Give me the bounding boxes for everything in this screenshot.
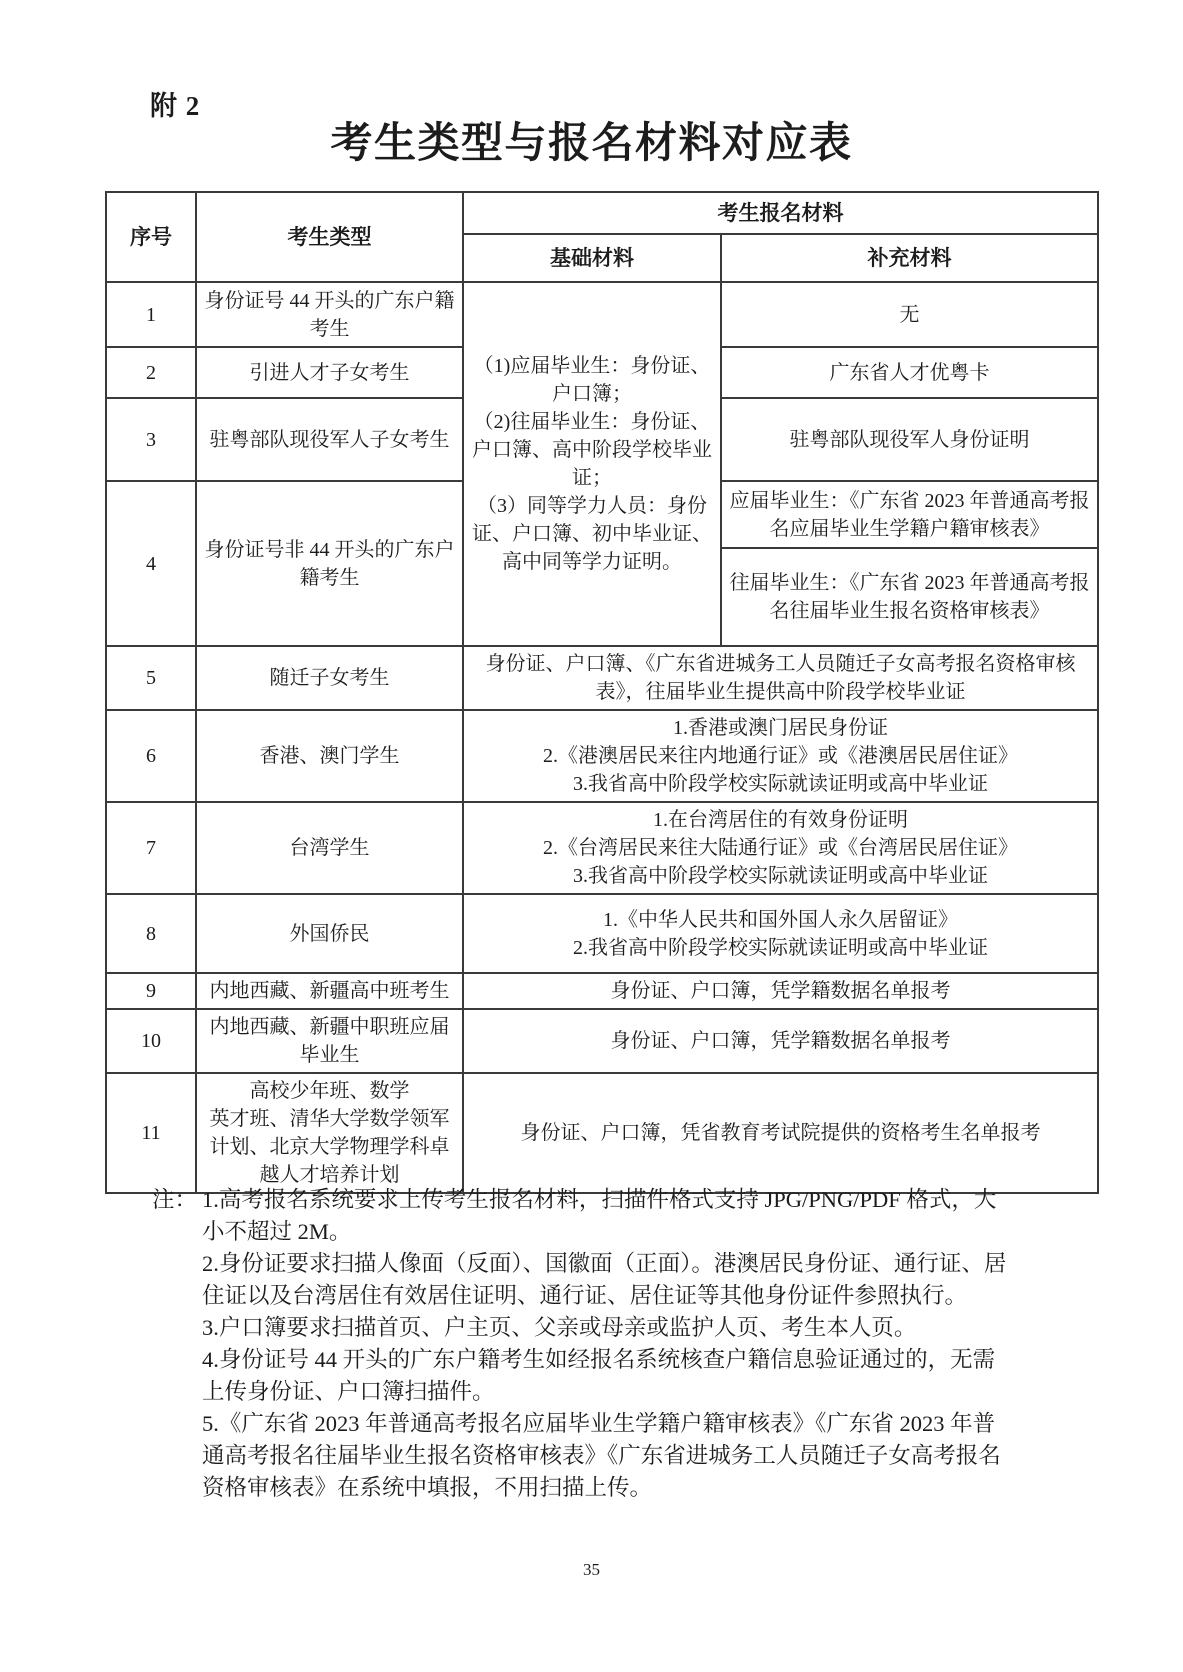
row-seq: 3 [106,398,196,481]
table-row: 5 随迁子女考生 身份证、户口簿、《广东省进城务工人员随迁子女高考报名资格审核表… [106,646,1098,710]
row-supplement: 驻粤部队现役军人身份证明 [721,398,1098,481]
note-item: 1.高考报名系统要求上传考生报名材料，扫描件格式支持 JPG/PNG/PDF 格… [202,1184,1010,1248]
table-row: 1 身份证号 44 开头的广东户籍考生 （1)应届毕业生：身份证、户口簿； （2… [106,282,1098,347]
row-candidate-type: 香港、澳门学生 [196,710,463,802]
header-seq: 序号 [106,192,196,282]
table-row: 7 台湾学生 1.在台湾居住的有效身份证明 2.《台湾居民来往大陆通行证》或《台… [106,802,1098,894]
row-candidate-type: 随迁子女考生 [196,646,463,710]
row-seq: 4 [106,481,196,646]
row-materials: 身份证、户口簿，凭学籍数据名单报考 [463,1009,1098,1073]
row-materials: 1.香港或澳门居民身份证 2.《港澳居民来往内地通行证》或《港澳居民居住证》 3… [463,710,1098,802]
document-page: 附 2 考生类型与报名材料对应表 序号 考生类型 考生报名材料 基础材料 补充材… [0,0,1183,1672]
row-seq: 6 [106,710,196,802]
row-materials: 1.《中华人民共和国外国人永久居留证》 2.我省高中阶段学校实际就读证明或高中毕… [463,894,1098,973]
row-seq: 8 [106,894,196,973]
row-candidate-type: 内地西藏、新疆高中班考生 [196,973,463,1009]
basic-materials-merged-cell: （1)应届毕业生：身份证、户口簿； （2)往届毕业生：身份证、户口簿、高中阶段学… [463,282,721,646]
row-seq: 11 [106,1073,196,1193]
header-supplement-materials: 补充材料 [721,234,1098,282]
table-row: 9 内地西藏、新疆高中班考生 身份证、户口簿，凭学籍数据名单报考 [106,973,1098,1009]
table-row: 11 高校少年班、数学 英才班、清华大学数学领军 计划、北京大学物理学科卓 越人… [106,1073,1098,1193]
note-item: 3.户口簿要求扫描首页、户主页、父亲或母亲或监护人页、考生本人页。 [202,1312,1010,1344]
header-candidate-type: 考生类型 [196,192,463,282]
candidate-materials-table: 序号 考生类型 考生报名材料 基础材料 补充材料 1 身份证号 44 开头的广东… [105,191,1099,1194]
page-title: 考生类型与报名材料对应表 [0,110,1183,170]
row-candidate-type: 身份证号 44 开头的广东户籍考生 [196,282,463,347]
row-seq: 5 [106,646,196,710]
row-materials: 身份证、户口簿，凭学籍数据名单报考 [463,973,1098,1009]
notes-section: 注： 1.高考报名系统要求上传考生报名材料，扫描件格式支持 JPG/PNG/PD… [152,1184,1068,1504]
notes-list: 1.高考报名系统要求上传考生报名材料，扫描件格式支持 JPG/PNG/PDF 格… [202,1184,1010,1504]
row-supplement: 无 [721,282,1098,347]
row-candidate-type: 台湾学生 [196,802,463,894]
row-supplement-current-grad: 应届毕业生：《广东省 2023 年普通高考报名应届毕业生学籍户籍审核表》 [721,481,1098,548]
row-candidate-type: 身份证号非 44 开头的广东户籍考生 [196,481,463,646]
row-supplement-former-grad: 往届毕业生：《广东省 2023 年普通高考报名往届毕业生报名资格审核表》 [721,548,1098,646]
table-row: 10 内地西藏、新疆中职班应届 毕业生 身份证、户口簿，凭学籍数据名单报考 [106,1009,1098,1073]
row-seq: 9 [106,973,196,1009]
page-number: 35 [0,1560,1183,1580]
header-basic-materials: 基础材料 [463,234,721,282]
row-supplement: 广东省人才优粤卡 [721,347,1098,398]
row-candidate-type: 外国侨民 [196,894,463,973]
row-seq: 2 [106,347,196,398]
note-item: 2.身份证要求扫描人像面（反面）、国徽面（正面）。港澳居民身份证、通行证、居住证… [202,1248,1010,1312]
row-candidate-type: 内地西藏、新疆中职班应届 毕业生 [196,1009,463,1073]
row-candidate-type: 引进人才子女考生 [196,347,463,398]
row-materials: 身份证、户口簿，凭省教育考试院提供的资格考生名单报考 [463,1073,1098,1193]
row-candidate-type: 高校少年班、数学 英才班、清华大学数学领军 计划、北京大学物理学科卓 越人才培养… [196,1073,463,1193]
table-row: 6 香港、澳门学生 1.香港或澳门居民身份证 2.《港澳居民来往内地通行证》或《… [106,710,1098,802]
row-materials: 1.在台湾居住的有效身份证明 2.《台湾居民来往大陆通行证》或《台湾居民居住证》… [463,802,1098,894]
row-seq: 10 [106,1009,196,1073]
row-seq: 1 [106,282,196,347]
note-item: 4.身份证号 44 开头的广东户籍考生如经报名系统核查户籍信息验证通过的，无需上… [202,1344,1010,1408]
notes-label: 注： [152,1184,202,1216]
row-materials: 身份证、户口簿、《广东省进城务工人员随迁子女高考报名资格审核表》，往届毕业生提供… [463,646,1098,710]
row-seq: 7 [106,802,196,894]
table-row: 8 外国侨民 1.《中华人民共和国外国人永久居留证》 2.我省高中阶段学校实际就… [106,894,1098,973]
header-materials: 考生报名材料 [463,192,1098,234]
note-item: 5.《广东省 2023 年普通高考报名应届毕业生学籍户籍审核表》《广东省 202… [202,1408,1010,1504]
row-candidate-type: 驻粤部队现役军人子女考生 [196,398,463,481]
